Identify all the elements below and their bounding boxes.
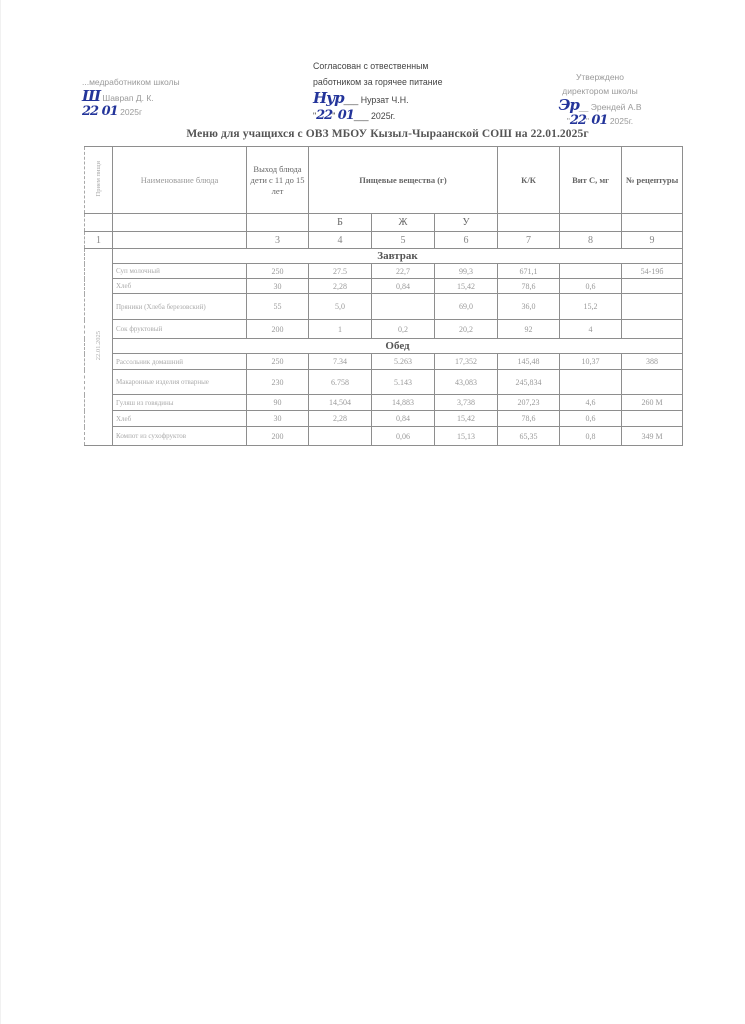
document-title: Меню для учащихся с ОВЗ МБОУ Кызыл-Чыраа… (90, 128, 685, 140)
approval-right-person: Эрендей А.В (591, 102, 642, 112)
approval-right: Утверждено директором школы Эр__ Эрендей… (530, 70, 670, 128)
subheader-fat: Ж (372, 214, 435, 232)
column-number-row: 1 3 4 5 6 7 8 9 (85, 232, 683, 249)
approval-left-signature: Ш (82, 87, 100, 105)
subheader-carbs: У (435, 214, 498, 232)
approval-left-year: 2025г (120, 107, 142, 117)
day-label-cell: 22.01.2025 (85, 249, 113, 446)
approval-middle-month: 01 (338, 108, 354, 123)
header-kcal: К/К (498, 147, 560, 214)
approval-right-month: 01 (591, 113, 607, 128)
table-row: Хлеб 30 2,28 0,84 15,42 78,6 0,6 (85, 279, 683, 294)
approval-right-year: 2025г. (610, 116, 633, 126)
section-lunch-row: Обед (85, 339, 683, 354)
approval-middle-person: Нурзат Ч.Н. (361, 95, 409, 105)
header-nutrients: Пищевые вещества (г) (309, 147, 498, 214)
table-row: Сок фруктовый 200 1 0,2 20,2 92 4 (85, 320, 683, 339)
approval-left-role: ...медработником школы (82, 75, 252, 89)
approval-middle-year: 2025г. (371, 111, 395, 121)
day-label: 22.01.2025 (95, 331, 103, 360)
approval-middle: Согласован с отвественным работником за … (313, 58, 503, 124)
nutrient-subheader-row: Б Ж У (85, 214, 683, 232)
approval-middle-line-2: работником за горячее питание (313, 74, 503, 90)
subheader-protein: Б (309, 214, 372, 232)
approval-middle-signature: Нур (313, 89, 344, 107)
approval-middle-day: 22 (316, 108, 332, 123)
table-row: Компот из сухофруктов 200 0,06 15,13 65,… (85, 427, 683, 446)
approval-left-date-handwritten: 22 01 (82, 104, 118, 119)
table-row: Хлеб 30 2,28 0,84 15,42 78,6 0,6 (85, 411, 683, 427)
table-row: Гуляш из говядины 90 14,504 14,883 3,738… (85, 395, 683, 411)
header-portion: Выход блюда дети с 11 до 15 лет (247, 147, 309, 214)
approval-right-line-2: директором школы (530, 84, 670, 98)
header-vit-c: Вит С, мг (560, 147, 622, 214)
section-breakfast-row: 22.01.2025 Завтрак (85, 249, 683, 264)
table-header-row: Прием пищи Наименование блюда Выход блюд… (85, 147, 683, 214)
approval-right-line-1: Утверждено (530, 70, 670, 84)
section-title-lunch: Обед (113, 339, 683, 354)
approval-left-person: Шаврап Д. К. (102, 93, 153, 103)
approval-left: ...медработником школы Ш Шаврап Д. К. 22… (82, 75, 252, 119)
approval-right-day: 22 (570, 113, 586, 128)
approval-middle-line-1: Согласован с отвественным (313, 58, 503, 74)
header-meal-time: Прием пищи (85, 147, 113, 214)
approval-right-signature: Эр (558, 96, 578, 114)
table-row: Рассольник домашний 250 7.34 5.263 17,35… (85, 354, 683, 370)
table-row: Макаронные изделия отварные 230 6.758 5.… (85, 370, 683, 395)
section-title-breakfast: Завтрак (113, 249, 683, 264)
table-row: Суп молочный 250 27.5 22,7 99,3 671,1 54… (85, 264, 683, 279)
menu-table: Прием пищи Наименование блюда Выход блюд… (84, 146, 683, 446)
table-row: Пряники (Хлеба березовский) 55 5,0 69,0 … (85, 294, 683, 320)
header-dish-name: Наименование блюда (113, 147, 247, 214)
header-recipe: № рецептуры (622, 147, 683, 214)
